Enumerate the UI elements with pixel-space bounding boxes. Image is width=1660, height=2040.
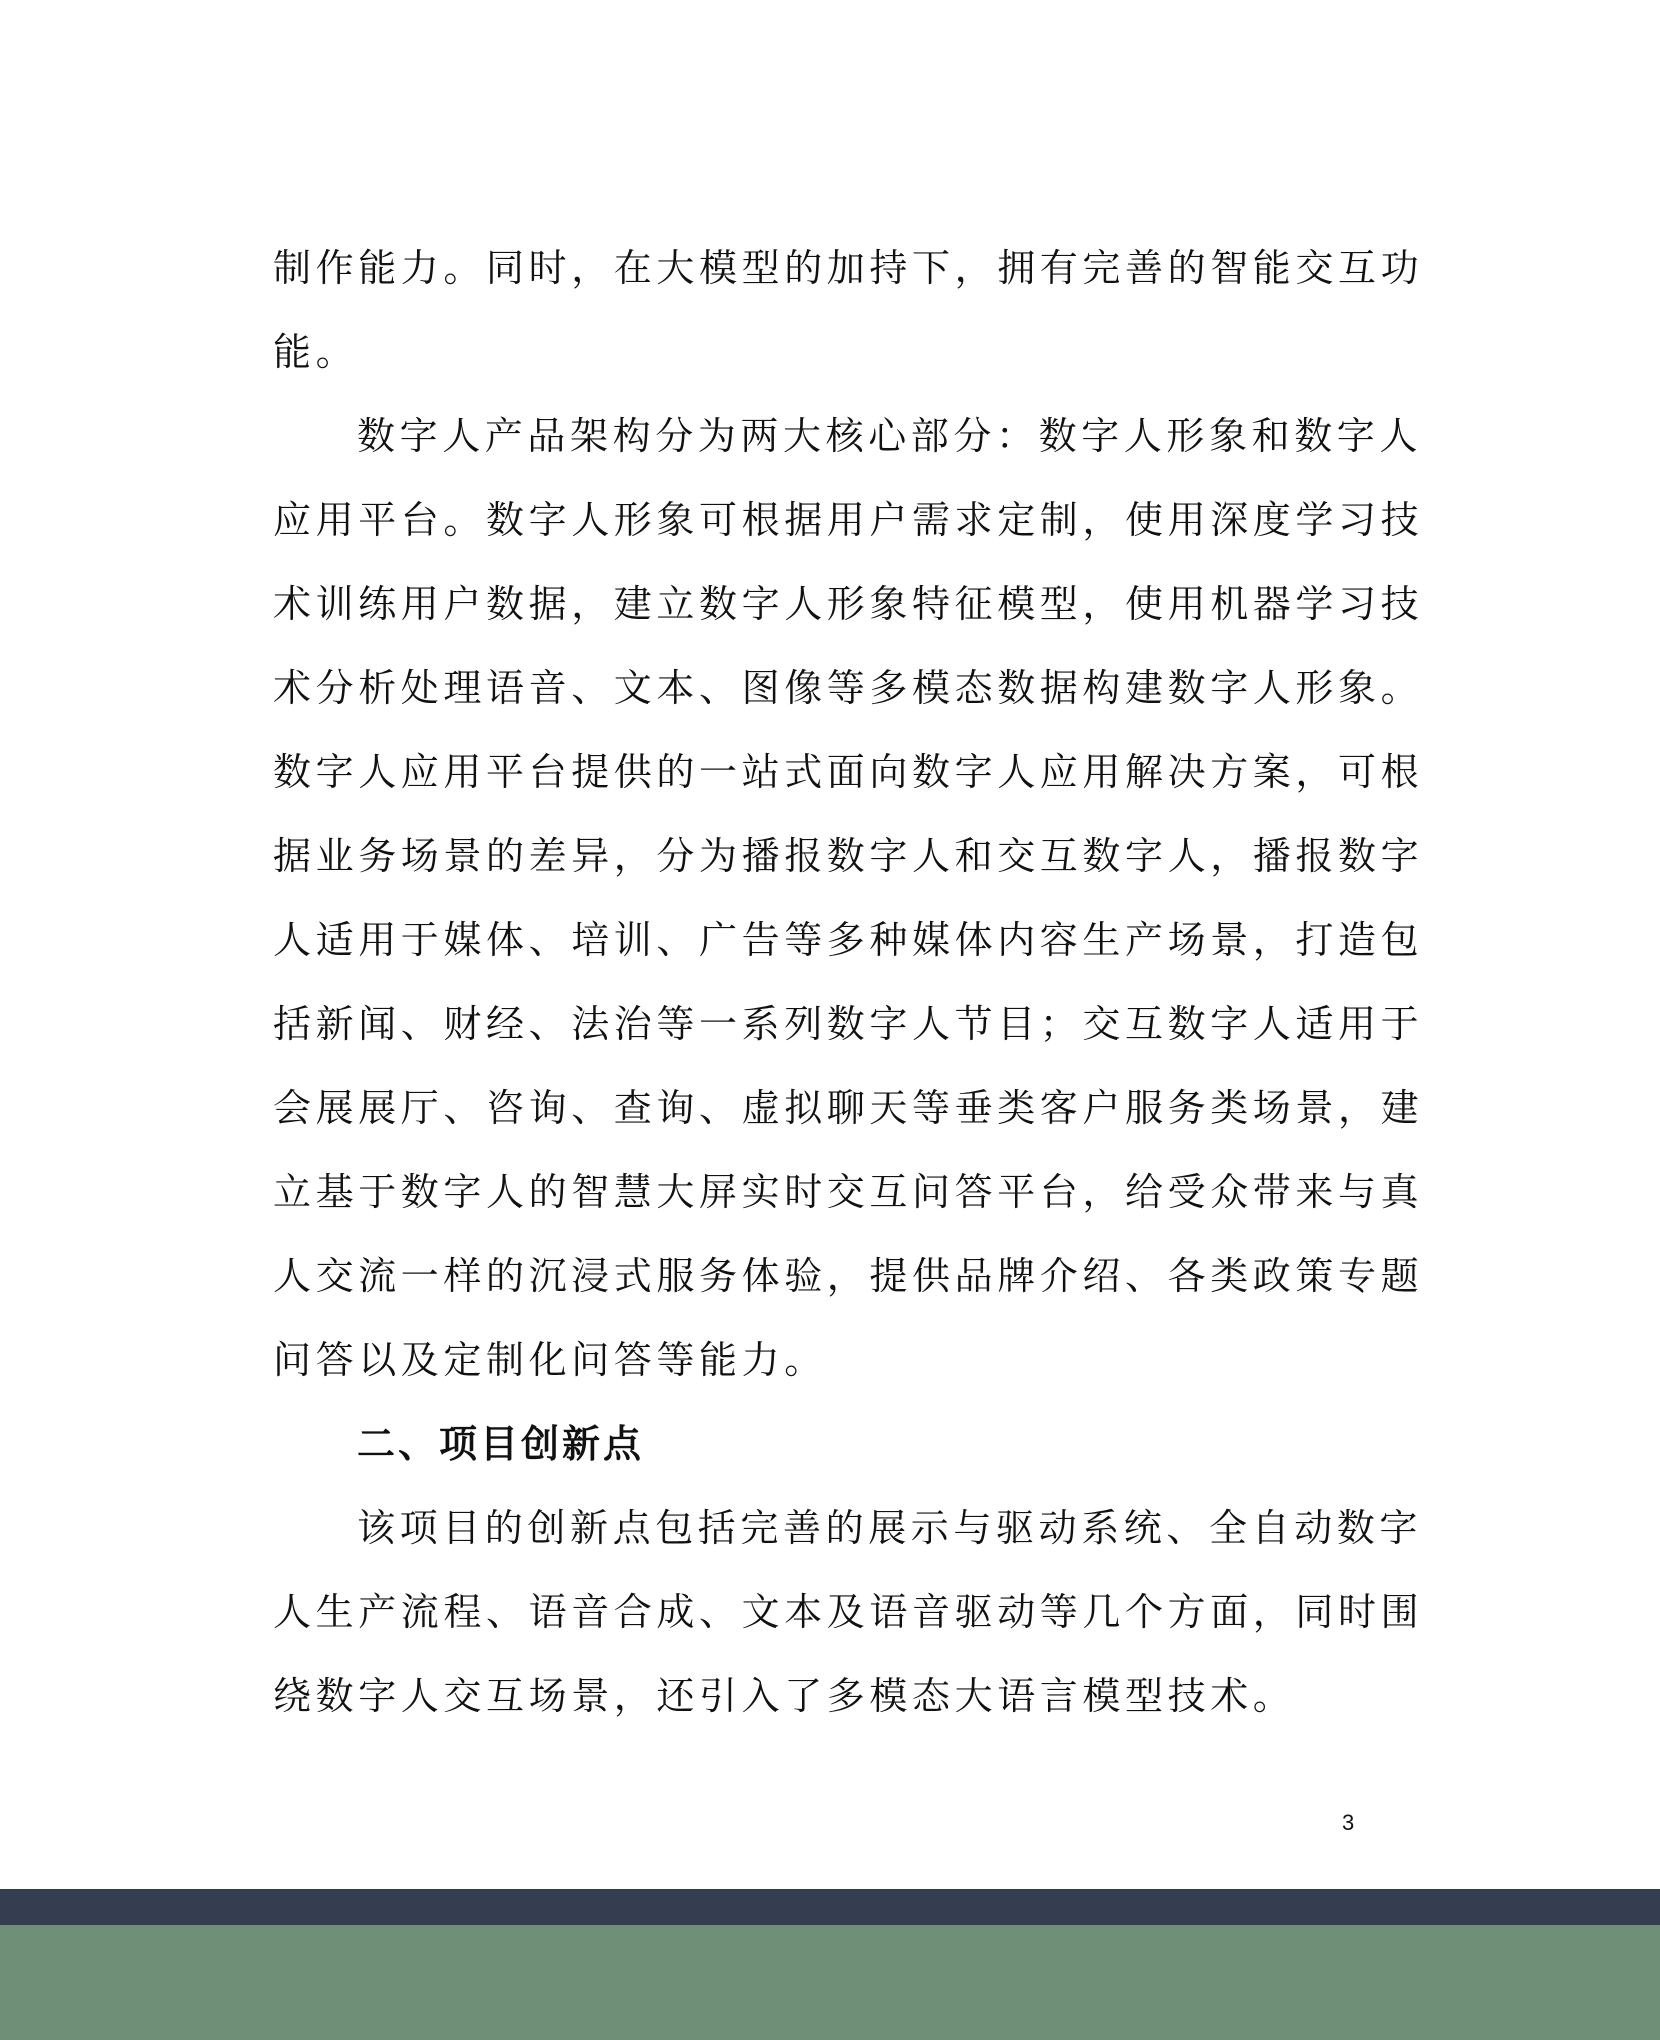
body-line-17: 人生产流程、语音合成、文本及语音驱动等几个方面，同时围 — [273, 1582, 1423, 1642]
paragraph-architecture-start: 数字人产品架构分为两大核心部分：数字人形象和数字人 — [357, 406, 1422, 466]
body-line-4: 应用平台。数字人形象可根据用户需求定制，使用深度学习技 — [273, 490, 1423, 550]
body-line-10: 括新闻、财经、法治等一系列数字人节目；交互数字人适用于 — [273, 994, 1423, 1054]
body-line-6: 术分析处理语音、文本、图像等多模态数据构建数字人形象。 — [273, 658, 1423, 718]
body-line-7: 数字人应用平台提供的一站式面向数字人应用解决方案，可根 — [273, 742, 1423, 802]
section-heading: 二、项目创新点 — [357, 1414, 644, 1474]
body-line-5: 术训练用户数据，建立数字人形象特征模型，使用机器学习技 — [273, 574, 1423, 634]
body-line-9: 人适用于媒体、培训、广告等多种媒体内容生产场景，打造包 — [273, 910, 1423, 970]
body-line-8: 据业务场景的差异，分为播报数字人和交互数字人，播报数字 — [273, 826, 1423, 886]
footer-band-green — [0, 1925, 1660, 2040]
body-line-18: 绕数字人交互场景，还引入了多模态大语言模型技术。 — [273, 1666, 1295, 1726]
body-line-1: 制作能力。同时，在大模型的加持下，拥有完善的智能交互功 — [273, 238, 1423, 298]
footer-band-dark — [0, 1889, 1660, 1925]
paragraph-innovation-start: 该项目的创新点包括完善的展示与驱动系统、全自动数字 — [357, 1498, 1422, 1558]
body-line-2: 能。 — [273, 322, 358, 382]
page-number: 3 — [1342, 1810, 1354, 1836]
body-line-14: 问答以及定制化问答等能力。 — [273, 1330, 827, 1390]
body-line-12: 立基于数字人的智慧大屏实时交互问答平台，给受众带来与真 — [273, 1162, 1423, 1222]
body-line-13: 人交流一样的沉浸式服务体验，提供品牌介绍、各类政策专题 — [273, 1246, 1423, 1306]
body-line-11: 会展展厅、咨询、查询、虚拟聊天等垂类客户服务类场景，建 — [273, 1078, 1423, 1138]
